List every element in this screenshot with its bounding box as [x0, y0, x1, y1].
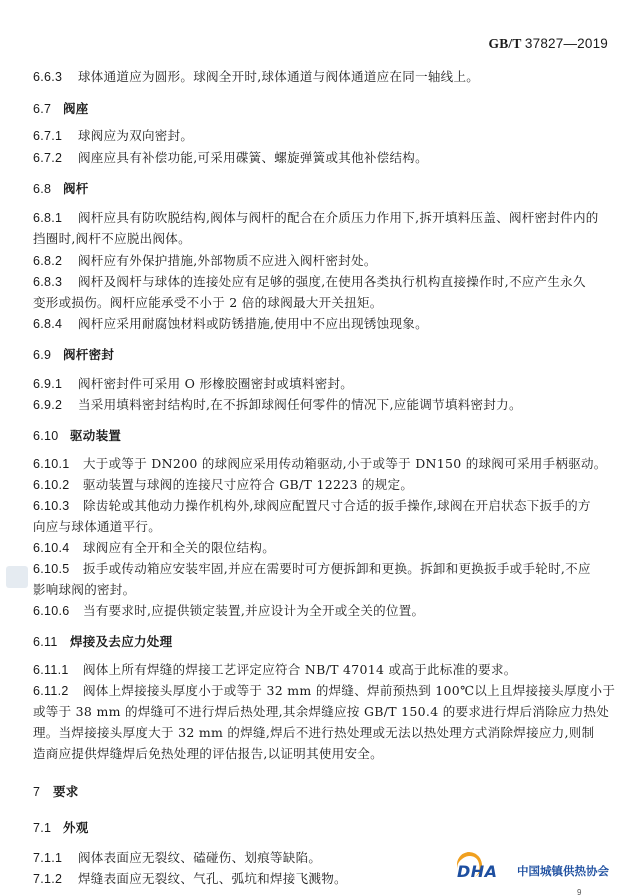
clause-number: 6.10.3 [33, 498, 83, 514]
clause-number: 6.10.4 [33, 540, 83, 556]
clause-text: 或等于 38 mm 的焊缝可不进行焊后热处理,其余焊缝应按 GB/T 150.4… [33, 704, 609, 719]
clause-number: 6.7.2 [33, 150, 78, 166]
clause-6-11-2-continued-1: 或等于 38 mm 的焊缝可不进行焊后热处理,其余焊缝应按 GB/T 150.4… [33, 704, 609, 720]
clause-6-10-5: 6.10.5扳手或传动箱应安装牢固,并应在需要时可方便拆卸和更换。拆卸和更换扳手… [33, 561, 591, 577]
clause-6-11-2-continued-3: 造商应提供焊缝焊后免热处理的评估报告,以证明其使用安全。 [33, 746, 383, 762]
clause-number: 6.9.2 [33, 397, 78, 413]
section-title: 阀杆 [63, 181, 89, 196]
clause-number: 6.11.2 [33, 683, 83, 699]
dha-logo-icon: DHA [455, 852, 513, 882]
section-number: 6.7 [33, 101, 63, 117]
clause-6-10-2: 6.10.2驱动装置与球阀的连接尺寸应符合 GB/T 12223 的规定。 [33, 477, 413, 493]
section-title: 驱动装置 [70, 428, 121, 443]
clause-6-10-3-continued: 向应与球体通道平行。 [33, 519, 161, 535]
clause-6-11-2: 6.11.2阀体上焊接接头厚度小于或等于 32 mm 的焊缝、焊前预热到 100… [33, 683, 615, 699]
clause-text: 造商应提供焊缝焊后免热处理的评估报告,以证明其使用安全。 [33, 746, 383, 761]
logo-mark-text: DHA [457, 862, 498, 881]
clause-number: 6.10.2 [33, 477, 83, 493]
clause-number: 7.1.2 [33, 871, 78, 887]
standard-prefix: GB/T [489, 36, 522, 51]
section-title: 焊接及去应力处理 [70, 634, 172, 649]
clause-text: 阀杆应采用耐腐蚀材料或防锈措施,使用中不应出现锈蚀现象。 [78, 316, 428, 331]
clause-text: 当采用填料密封结构时,在不拆卸球阀任何零件的情况下,应能调节填料密封力。 [78, 397, 522, 412]
clause-text: 阀杆及阀杆与球体的连接处应有足够的强度,在使用各类执行机构直接操作时,不应产生永… [78, 274, 586, 289]
section-title: 阀座 [63, 101, 89, 116]
clause-7-1-1: 7.1.1阀体表面应无裂纹、磕碰伤、划痕等缺陷。 [33, 850, 321, 866]
section-heading-7-1: 7.1外观 [33, 820, 89, 836]
clause-text: 焊缝表面应无裂纹、气孔、弧坑和焊接飞溅物。 [78, 871, 347, 886]
section-number: 6.10 [33, 428, 70, 444]
standard-number-header: GB/T 37827—2019 [489, 36, 608, 52]
clause-text: 阀杆应具有防吹脱结构,阀体与阀杆的配合在介质压力作用下,拆开填料压盖、阀杆密封件… [78, 210, 599, 225]
clause-6-7-1: 6.7.1球阀应为双向密封。 [33, 128, 193, 144]
section-heading-6-9: 6.9阀杆密封 [33, 347, 114, 363]
chapter-heading-7: 7要求 [33, 784, 79, 800]
clause-number: 6.8.1 [33, 210, 78, 226]
clause-6-9-1: 6.9.1阀杆密封件可采用 O 形橡胶圈密封或填料密封。 [33, 376, 353, 392]
clause-text: 阀座应具有补偿功能,可采用碟簧、螺旋弹簧或其他补偿结构。 [78, 150, 428, 165]
side-watermark-icon [6, 566, 28, 588]
clause-text: 理。当焊接接头厚度大于 32 mm 的焊缝,焊后不进行热处理或无法以热处理方式消… [33, 725, 594, 740]
clause-number: 6.6.3 [33, 69, 78, 85]
clause-number: 7.1.1 [33, 850, 78, 866]
clause-text: 影响球阀的密封。 [33, 582, 135, 597]
section-number: 6.11 [33, 634, 70, 650]
clause-6-10-5-continued: 影响球阀的密封。 [33, 582, 135, 598]
section-heading-6-8: 6.8阀杆 [33, 181, 89, 197]
clause-text: 阀杆应有外保护措施,外部物质不应进入阀杆密封处。 [78, 253, 377, 268]
logo-organization-name: 中国城镇供热协会 [517, 863, 609, 879]
clause-number: 6.8.4 [33, 316, 78, 332]
clause-text: 阀杆密封件可采用 O 形橡胶圈密封或填料密封。 [78, 376, 353, 391]
section-number: 6.9 [33, 347, 63, 363]
section-heading-6-10: 6.10驱动装置 [33, 428, 121, 444]
clause-6-8-1: 6.8.1阀杆应具有防吹脱结构,阀体与阀杆的配合在介质压力作用下,拆开填料压盖、… [33, 210, 599, 226]
clause-text: 挡圈时,阀杆不应脱出阀体。 [33, 231, 191, 246]
clause-text: 阀体上所有焊缝的焊接工艺评定应符合 NB/T 47014 或高于此标准的要求。 [83, 662, 517, 677]
clause-6-8-1-continued: 挡圈时,阀杆不应脱出阀体。 [33, 231, 191, 247]
clause-text: 驱动装置与球阀的连接尺寸应符合 GB/T 12223 的规定。 [83, 477, 413, 492]
clause-6-10-6: 6.10.6当有要求时,应提供锁定装置,并应设计为全开或全关的位置。 [33, 603, 424, 619]
clause-6-7-2: 6.7.2阀座应具有补偿功能,可采用碟簧、螺旋弹簧或其他补偿结构。 [33, 150, 428, 166]
clause-6-8-4: 6.8.4阀杆应采用耐腐蚀材料或防锈措施,使用中不应出现锈蚀现象。 [33, 316, 428, 332]
clause-number: 6.10.5 [33, 561, 83, 577]
clause-6-10-3: 6.10.3除齿轮或其他动力操作机构外,球阀应配置尺寸合适的扳手操作,球阀在开启… [33, 498, 591, 514]
clause-6-8-2: 6.8.2阀杆应有外保护措施,外部物质不应进入阀杆密封处。 [33, 253, 377, 269]
page-number: 9 [577, 888, 581, 895]
section-heading-6-7: 6.7阀座 [33, 101, 89, 117]
clause-number: 6.9.1 [33, 376, 78, 392]
clause-text: 当有要求时,应提供锁定装置,并应设计为全开或全关的位置。 [83, 603, 424, 618]
chapter-number: 7 [33, 784, 53, 800]
clause-number: 6.10.6 [33, 603, 83, 619]
clause-text: 阀体表面应无裂纹、磕碰伤、划痕等缺陷。 [78, 850, 321, 865]
clause-6-9-2: 6.9.2当采用填料密封结构时,在不拆卸球阀任何零件的情况下,应能调节填料密封力… [33, 397, 522, 413]
section-number: 7.1 [33, 820, 63, 836]
clause-6-8-3: 6.8.3阀杆及阀杆与球体的连接处应有足够的强度,在使用各类执行机构直接操作时,… [33, 274, 586, 290]
clause-text: 球阀应为双向密封。 [78, 128, 193, 143]
clause-text: 除齿轮或其他动力操作机构外,球阀应配置尺寸合适的扳手操作,球阀在开启状态下扳手的… [83, 498, 591, 513]
clause-6-11-2-continued-2: 理。当焊接接头厚度大于 32 mm 的焊缝,焊后不进行热处理或无法以热处理方式消… [33, 725, 594, 741]
clause-6-6-3: 6.6.3球体通道应为圆形。球阀全开时,球体通道与阀体通道应在同一轴线上。 [33, 69, 479, 85]
clause-number: 6.11.1 [33, 662, 83, 678]
clause-number: 6.10.1 [33, 456, 83, 472]
clause-6-11-1: 6.11.1阀体上所有焊缝的焊接工艺评定应符合 NB/T 47014 或高于此标… [33, 662, 517, 678]
clause-6-8-3-continued: 变形或损伤。阀杆应能承受不小于 2 倍的球阀最大开关扭矩。 [33, 295, 383, 311]
section-number: 6.8 [33, 181, 63, 197]
clause-7-1-2: 7.1.2焊缝表面应无裂纹、气孔、弧坑和焊接飞溅物。 [33, 871, 347, 887]
clause-text: 球阀应有全开和全关的限位结构。 [83, 540, 275, 555]
clause-text: 向应与球体通道平行。 [33, 519, 161, 534]
clause-number: 6.8.2 [33, 253, 78, 269]
clause-6-10-4: 6.10.4球阀应有全开和全关的限位结构。 [33, 540, 275, 556]
standard-number: 37827—2019 [525, 36, 608, 51]
section-heading-6-11: 6.11焊接及去应力处理 [33, 634, 172, 650]
clause-6-10-1: 6.10.1大于或等于 DN200 的球阀应采用传动箱驱动,小于或等于 DN15… [33, 456, 607, 472]
clause-text: 变形或损伤。阀杆应能承受不小于 2 倍的球阀最大开关扭矩。 [33, 295, 383, 310]
clause-number: 6.7.1 [33, 128, 78, 144]
clause-text: 大于或等于 DN200 的球阀应采用传动箱驱动,小于或等于 DN150 的球阀可… [83, 456, 607, 471]
section-title: 外观 [63, 820, 89, 835]
chapter-title: 要求 [53, 784, 79, 799]
clause-text: 球体通道应为圆形。球阀全开时,球体通道与阀体通道应在同一轴线上。 [78, 69, 479, 84]
clause-number: 6.8.3 [33, 274, 78, 290]
section-title: 阀杆密封 [63, 347, 114, 362]
association-logo: DHA 中国城镇供热协会 [455, 852, 609, 882]
clause-text: 阀体上焊接接头厚度小于或等于 32 mm 的焊缝、焊前预热到 100℃以上且焊接… [83, 683, 615, 698]
clause-text: 扳手或传动箱应安装牢固,并应在需要时可方便拆卸和更换。拆卸和更换扳手或手轮时,不… [83, 561, 591, 576]
